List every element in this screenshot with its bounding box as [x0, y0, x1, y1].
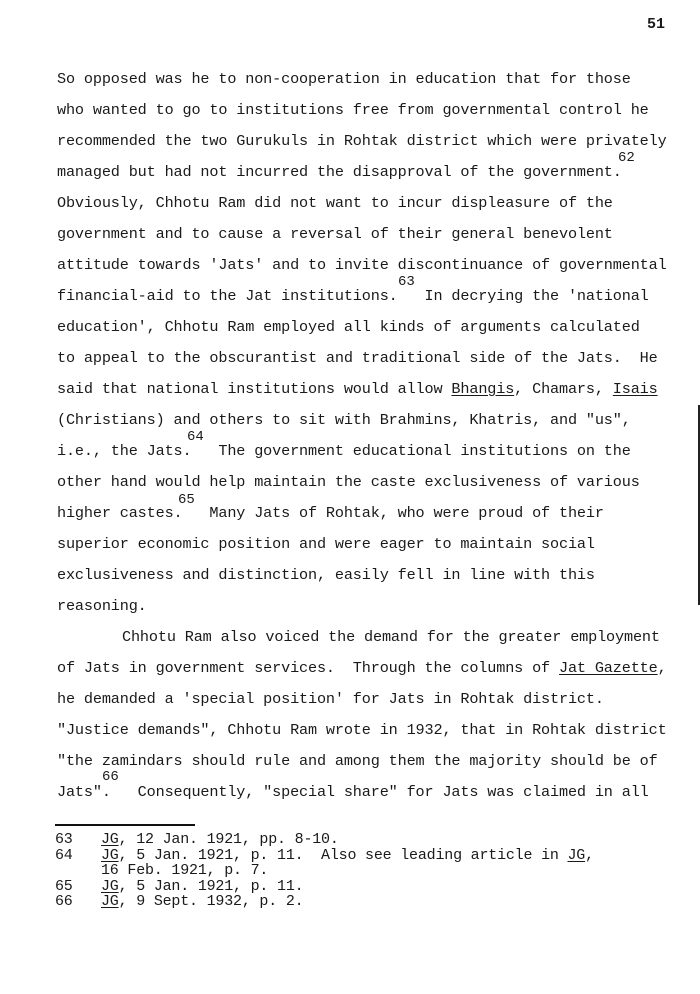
footnote-number: 64 — [55, 848, 101, 863]
text-line: government and to cause a reversal of th… — [57, 225, 613, 243]
source-abbrev: JG — [567, 847, 585, 864]
superscript-64: 64 — [187, 430, 204, 444]
text-line: superior economic position and were eage… — [57, 535, 595, 553]
source-abbrev: JG — [101, 878, 119, 895]
text-line: exclusiveness and distinction, easily fe… — [57, 566, 595, 584]
footnote: 63JG, 12 Jan. 1921, pp. 8-10. — [55, 832, 339, 847]
text-line: Jats". Consequently, "special share" for… — [57, 783, 649, 801]
source-abbrev: JG — [101, 831, 119, 848]
text-line: said that national institutions would al… — [57, 380, 658, 398]
text-line: Obviously, Chhotu Ram did not want to in… — [57, 194, 613, 212]
footnote-number: 65 — [55, 879, 101, 894]
text-line: other hand would help maintain the caste… — [57, 473, 640, 491]
underlined-term: Bhangis — [451, 380, 514, 398]
underlined-term: Jat Gazette — [559, 659, 658, 677]
text-line: financial-aid to the Jat institutions. I… — [57, 287, 649, 305]
footnote: 66JG, 9 Sept. 1932, p. 2. — [55, 894, 303, 909]
text-line: he demanded a 'special position' for Jat… — [57, 690, 604, 708]
footnote: 65JG, 5 Jan. 1921, p. 11. — [55, 879, 303, 894]
text-line: So opposed was he to non-cooperation in … — [57, 70, 631, 88]
footnote: 64JG, 5 Jan. 1921, p. 11. Also see leadi… — [55, 848, 594, 863]
superscript-66: 66 — [102, 770, 119, 784]
text-line: (Christians) and others to sit with Brah… — [57, 411, 631, 429]
text-line: higher castes. Many Jats of Rohtak, who … — [57, 504, 604, 522]
footnote-rule — [55, 824, 195, 826]
text-line: "the zamindars should rule and among the… — [57, 752, 658, 770]
page-number: 51 — [647, 16, 665, 33]
superscript-65: 65 — [178, 493, 195, 507]
superscript-62: 62 — [618, 151, 635, 165]
footnote: 16 Feb. 1921, p. 7. — [55, 863, 268, 878]
source-abbrev: JG — [101, 847, 119, 864]
footnote-number: 63 — [55, 832, 101, 847]
source-abbrev: JG — [101, 893, 119, 910]
text-line: of Jats in government services. Through … — [57, 659, 667, 677]
superscript-63: 63 — [398, 275, 415, 289]
text-line: "Justice demands", Chhotu Ram wrote in 1… — [57, 721, 667, 739]
underlined-term: Isais — [613, 380, 658, 398]
text-line: education', Chhotu Ram employed all kind… — [57, 318, 640, 336]
text-line: to appeal to the obscurantist and tradit… — [57, 349, 658, 367]
text-line: i.e., the Jats. The government education… — [57, 442, 631, 460]
paragraph-first-line: Chhotu Ram also voiced the demand for th… — [122, 628, 660, 646]
text-line: reasoning. — [57, 597, 147, 615]
footnote-number: 66 — [55, 894, 101, 909]
text-line: managed but had not incurred the disappr… — [57, 163, 622, 181]
text-line: attitude towards 'Jats' and to invite di… — [57, 256, 667, 274]
text-line: who wanted to go to institutions free fr… — [57, 101, 649, 119]
text-line: recommended the two Gurukuls in Rohtak d… — [57, 132, 667, 150]
